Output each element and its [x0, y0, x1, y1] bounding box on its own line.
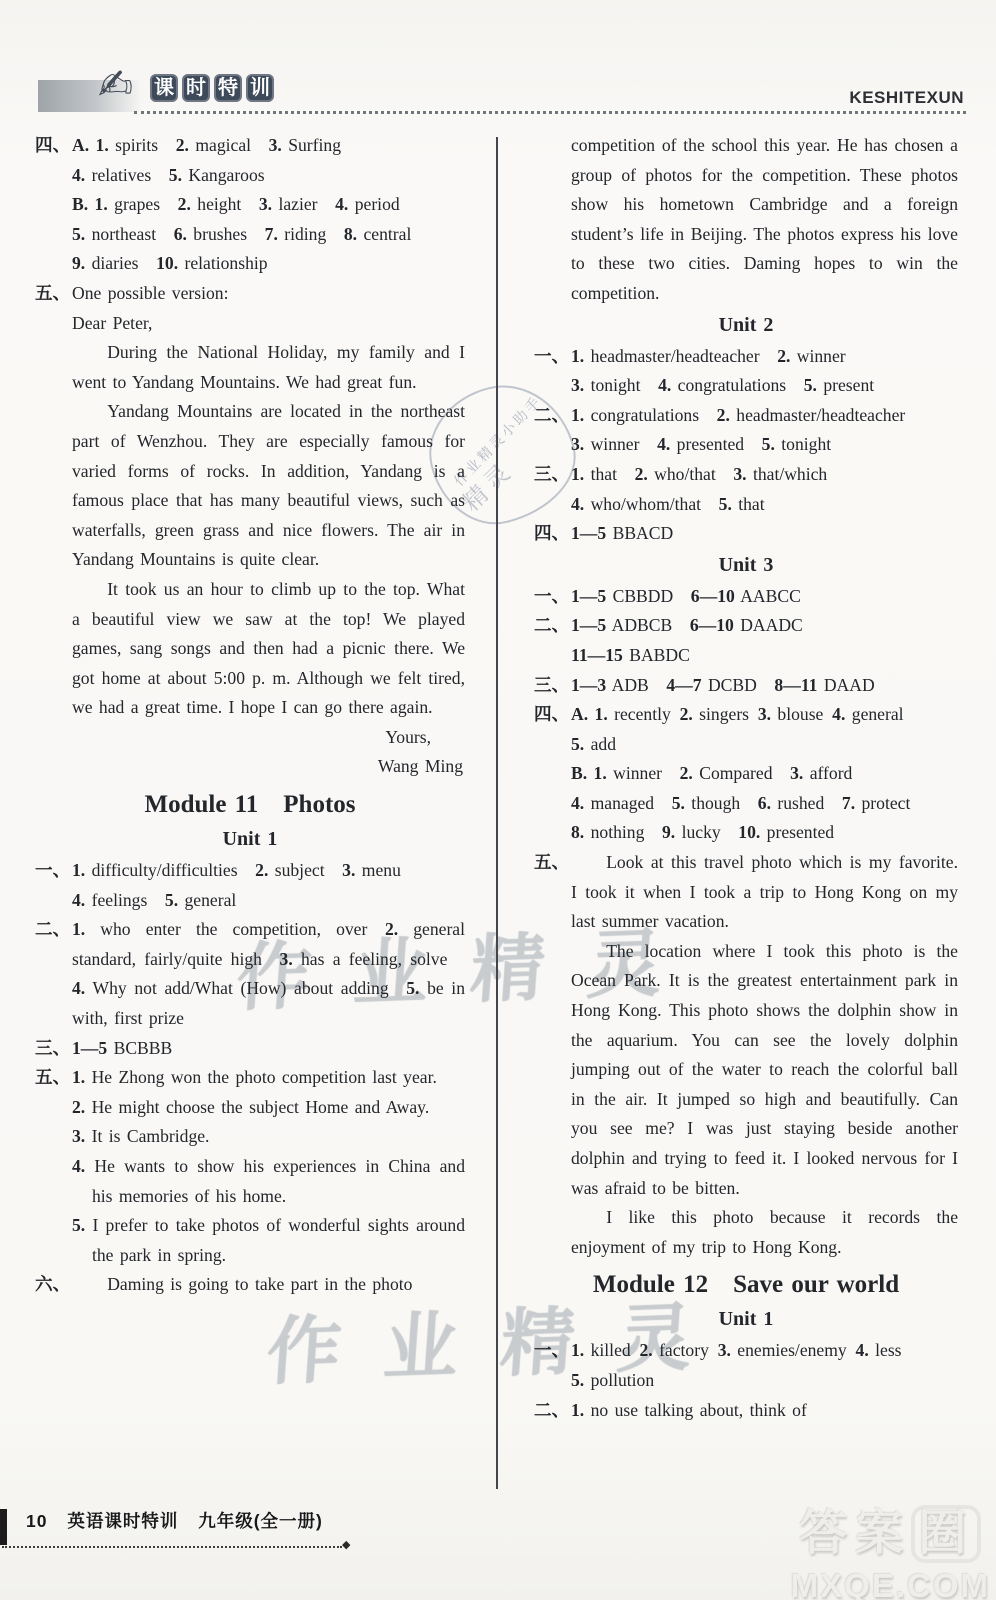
footer-dotted-rule — [2, 1546, 342, 1548]
brand-char-tile: 训 — [246, 74, 274, 102]
unit-3-heading: Unit 3 — [534, 552, 958, 579]
answer-section-4: 四、 1—5 BBACD — [534, 519, 958, 549]
answer-item: 1. He Zhong won the photo competition la… — [72, 1063, 465, 1093]
answer-section-1: 一、 1. headmaster/headteacher 2. winner 3… — [534, 342, 958, 401]
section-marker: 二、 — [534, 401, 569, 431]
answer-item: 4. He wants to show his experiences in C… — [72, 1152, 465, 1211]
site-watermark-brand: 答案圈 — [791, 1494, 990, 1563]
letter-closing: Yours, — [72, 723, 465, 753]
answer-line: A. 1. recently 2. singers 3. blouse 4. g… — [571, 700, 958, 730]
answer-section-1: 一、 1—5 CBBDD 6—10 AABCC — [534, 582, 958, 612]
answer-section-2: 二、 1. congratulations 2. headmaster/head… — [534, 401, 958, 460]
writing-hand-icon: ✍ — [98, 60, 133, 109]
answer-line: 4. managed 5. though 6. rushed 7. protec… — [571, 789, 958, 819]
answer-section-2: 二、 1. no use talking about, think of — [534, 1396, 958, 1426]
essay-start: Daming is going to take part in the phot… — [72, 1270, 465, 1300]
answer-body: 1. no use talking about, think of — [571, 1396, 958, 1426]
answer-line: 1. congratulations 2. headmaster/headtea… — [571, 401, 958, 431]
letter-paragraph: During the National Holiday, my family a… — [72, 338, 465, 397]
page-footer: 10 英语课时特训 九年级(全一册) ◆ — [0, 1502, 520, 1562]
unit-1-heading: Unit 1 — [35, 826, 465, 853]
essay-paragraph: I like this photo because it records the… — [571, 1203, 958, 1262]
letter-signature: Wang Ming — [72, 752, 465, 782]
answer-body: 1—5 BCBBB — [72, 1034, 465, 1064]
unit-1-heading: Unit 1 — [534, 1306, 958, 1333]
section-marker: 四、 — [534, 519, 569, 549]
answer-line: 1. that 2. who/that 3. that/which — [571, 460, 958, 490]
page-number: 10 — [26, 1511, 47, 1531]
grade-label: 九年级(全一册) — [198, 1511, 323, 1531]
answer-body: 1—5 CBBDD 6—10 AABCC — [571, 582, 958, 612]
answer-line: 4. relatives 5. Kangaroos — [72, 161, 465, 191]
answer-line: 5. pollution — [571, 1366, 958, 1396]
section-marker: 一、 — [534, 582, 569, 612]
essay-paragraph: competition of the school this year. He … — [571, 131, 958, 309]
section-marker: 二、 — [534, 611, 569, 641]
left-column: 四、 A. 1. spirits 2. magical 3. Surfing 4… — [35, 131, 465, 1300]
answer-line: 1. headmaster/headteacher 2. winner — [571, 342, 958, 372]
answer-section-2: 二、 1—5 ADBCB 6—10 DAADC 11—15 BABDC — [534, 611, 958, 670]
unit-2-heading: Unit 2 — [534, 312, 958, 339]
answer-line: A. 1. spirits 2. magical 3. Surfing — [72, 131, 465, 161]
section-marker: 一、 — [534, 1336, 569, 1366]
answer-body: 1—5 BBACD — [571, 519, 958, 549]
footer-diamond-icon: ◆ — [342, 1538, 350, 1551]
section-marker: 三、 — [35, 1034, 70, 1064]
answer-line: 3. tonight 4. congratulations 5. present — [571, 371, 958, 401]
answer-line: 5. northeast 6. brushes 7. riding 8. cen… — [72, 220, 465, 250]
answer-section-3: 三、 1. that 2. who/that 3. that/which 4. … — [534, 460, 958, 519]
brand-char-tile: 课 — [150, 74, 178, 102]
letter-salutation: Dear Peter, — [72, 309, 465, 339]
answer-body: 1. who enter the competition, over 2. ge… — [72, 915, 465, 1033]
section-marker: 三、 — [534, 460, 569, 490]
workbook-answer-page: ✍ 课 时 特 训 KESHITEXUN 作业精灵小助手 精灵 作 业 精 灵 … — [0, 0, 996, 1600]
section-marker: 四、 — [534, 700, 569, 730]
answer-item: 3. It is Cambridge. — [72, 1122, 465, 1152]
answer-line: 4. feelings 5. general — [72, 886, 465, 916]
section-marker: 一、 — [35, 856, 70, 886]
footer-text: 10 英语课时特训 九年级(全一册) — [26, 1508, 337, 1533]
writing-intro: One possible version: — [72, 279, 465, 309]
letter-paragraph: It took us an hour to climb up to the to… — [72, 575, 465, 723]
section-marker: 三、 — [534, 671, 569, 701]
essay-paragraph: The location where I took this photo is … — [571, 937, 958, 1203]
watermark-circled-char: 圈 — [911, 1505, 981, 1563]
site-watermark-url: MXQE.COM — [791, 1567, 990, 1600]
answer-item: 5. I prefer to take photos of wonderful … — [72, 1211, 465, 1270]
answer-section-5-writing: 五、 One possible version: Dear Peter, Dur… — [35, 279, 465, 782]
section-marker: 六、 — [35, 1270, 70, 1300]
watermark-brand-text: 答案 — [799, 1507, 911, 1560]
right-column: competition of the school this year. He … — [534, 131, 958, 1425]
letter-paragraph: Yandang Mountains are located in the nor… — [72, 397, 465, 575]
answer-section-5-writing: 五、 Look at this travel photo which is my… — [534, 848, 958, 1262]
answer-section-1: 一、 1. killed 2. factory 3. enemies/enemy… — [534, 1336, 958, 1395]
answer-section-3: 三、 1—3 ADB 4—7 DCBD 8—11 DAAD — [534, 671, 958, 701]
answer-line: B. 1. winner 2. Compared 3. afford — [571, 759, 958, 789]
answer-line: 1. difficulty/difficulties 2. subject 3.… — [72, 856, 465, 886]
header-pinyin-brand: KESHITEXUN — [849, 88, 964, 108]
header-dotted-rule — [134, 111, 966, 114]
section-marker: 四、 — [35, 131, 70, 161]
answer-section-1: 一、 1. difficulty/difficulties 2. subject… — [35, 856, 465, 915]
answer-line: 3. winner 4. presented 5. tonight — [571, 430, 958, 460]
section-marker: 一、 — [534, 342, 569, 372]
site-watermark: 答案圈 MXQE.COM — [791, 1494, 990, 1600]
answer-section-6: 六、 Daming is going to take part in the p… — [35, 1270, 465, 1300]
answer-section-2: 二、 1. who enter the competition, over 2.… — [35, 915, 465, 1033]
answer-section-5: 五、 1. He Zhong won the photo competition… — [35, 1063, 465, 1270]
section-marker: 五、 — [35, 279, 70, 309]
brand-char-tile: 特 — [214, 74, 242, 102]
answer-line: 9. diaries 10. relationship — [72, 249, 465, 279]
answer-line: 5. add — [571, 730, 958, 760]
section-marker: 二、 — [35, 915, 70, 945]
answer-line: 4. who/whom/that 5. that — [571, 490, 958, 520]
answer-line: 8. nothing 9. lucky 10. presented — [571, 818, 958, 848]
answer-section-3: 三、 1—5 BCBBB — [35, 1034, 465, 1064]
module-11-heading: Module 11 Photos — [35, 789, 465, 820]
answer-line: 1—5 ADBCB 6—10 DAADC — [571, 611, 958, 641]
answer-line: 1. killed 2. factory 3. enemies/enemy 4.… — [571, 1336, 958, 1366]
answer-line: 11—15 BABDC — [571, 641, 958, 671]
brand-char-tile: 时 — [182, 74, 210, 102]
essay-paragraph: Look at this travel photo which is my fa… — [571, 848, 958, 937]
brand-logo: 课 时 特 训 — [150, 74, 274, 102]
answer-body: 1—3 ADB 4—7 DCBD 8—11 DAAD — [571, 671, 958, 701]
answer-section-4: 四、 A. 1. recently 2. singers 3. blouse 4… — [534, 700, 958, 848]
column-divider — [496, 137, 498, 1489]
section-marker: 五、 — [35, 1063, 70, 1093]
section-marker: 五、 — [534, 848, 569, 878]
section-marker: 二、 — [534, 1396, 569, 1426]
page-header: ✍ 课 时 特 训 KESHITEXUN — [38, 72, 966, 120]
content-columns: 四、 A. 1. spirits 2. magical 3. Surfing 4… — [0, 131, 996, 1491]
book-title: 英语课时特训 — [67, 1511, 178, 1531]
page-edge-mark — [0, 1509, 7, 1545]
answer-line: B. 1. grapes 2. height 3. lazier 4. peri… — [72, 190, 465, 220]
module-12-heading: Module 12 Save our world — [534, 1269, 958, 1300]
essay-continuation: competition of the school this year. He … — [534, 131, 958, 309]
answer-section-4: 四、 A. 1. spirits 2. magical 3. Surfing 4… — [35, 131, 465, 279]
answer-item: 2. He might choose the subject Home and … — [72, 1093, 465, 1123]
